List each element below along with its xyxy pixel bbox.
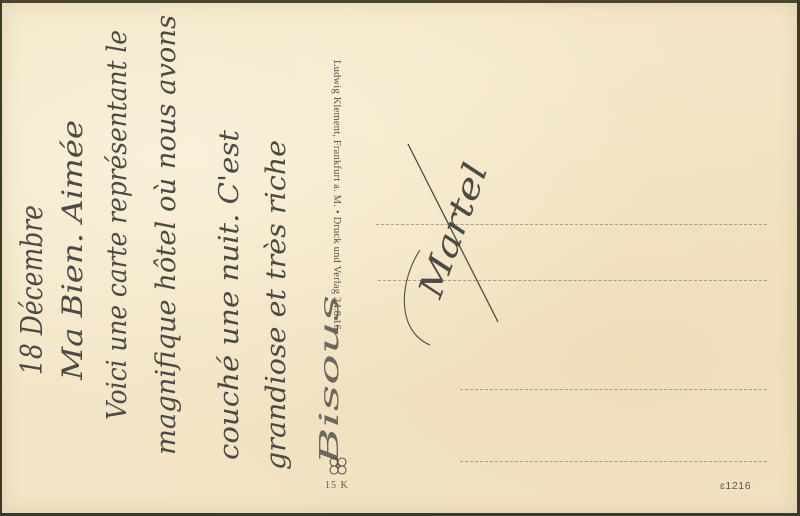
card-number: ɛ1216 — [720, 480, 751, 492]
postcard-back — [2, 3, 797, 513]
address-line-1 — [376, 224, 767, 225]
address-line-4 — [460, 461, 767, 462]
clover-logo-icon — [327, 455, 349, 477]
publisher-imprint: Ludwig Klement, Frankfurt a. M. • Druck … — [331, 60, 342, 333]
series-code: 15 K — [325, 480, 349, 491]
address-line-2 — [378, 280, 767, 281]
address-line-3 — [460, 389, 767, 390]
